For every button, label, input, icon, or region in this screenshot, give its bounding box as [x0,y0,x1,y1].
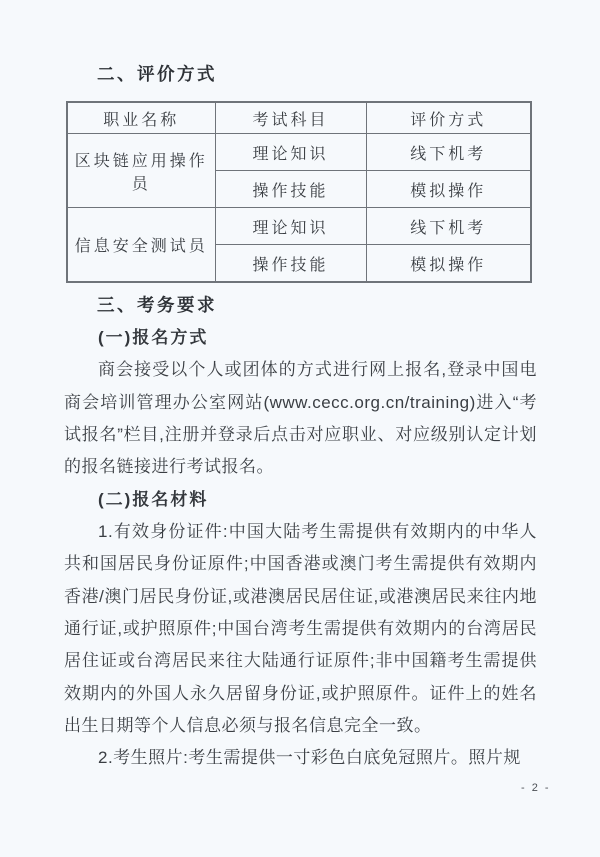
table-header-cell: 评价方式 [366,102,531,134]
exam-subject-cell: 理论知识 [215,208,366,245]
document-page: 二、评价方式 职业名称考试科目评价方式 区块链应用操作员理论知识线下机考操作技能… [0,0,600,857]
evaluation-method-cell: 线下机考 [366,208,531,245]
text-line: 商会接受以个人或团体的方式进行网上报名,登录中国电子 [64,354,537,386]
page-number: - 2 - [521,782,567,794]
text-line: 共和国居民身份证原件;中国香港或澳门考生需提供有效期内的 [64,548,537,580]
evaluation-method-cell: 线下机考 [366,134,531,171]
text-line: 的报名链接进行考试报名。 [64,451,537,483]
evaluation-method-cell: 模拟操作 [366,245,531,283]
exam-subject-cell: 理论知识 [215,134,366,171]
text-line: 2.考生照片:考生需提供一寸彩色白底免冠照片。照片规格: [64,742,537,774]
exam-subject-cell: 操作技能 [215,245,366,283]
occupation-cell: 信息安全测试员 [67,208,215,283]
table-header-cell: 考试科目 [215,102,366,134]
text-line: 通行证,或护照原件;中国台湾考生需提供有效期内的台湾居民 [64,613,537,645]
text-line: 1.有效身份证件:中国大陆考生需提供有效期内的中华人民 [64,516,537,548]
section-heading-evaluation-method: 二、评价方式 [97,61,217,86]
evaluation-table-body: 区块链应用操作员理论知识线下机考操作技能模拟操作信息安全测试员理论知识线下机考操… [67,134,531,283]
exam-subject-cell: 操作技能 [215,171,366,208]
evaluation-method-cell: 模拟操作 [366,171,531,208]
text-line: 出生日期等个人信息必须与报名信息完全一致。 [64,710,537,742]
text-line: 居住证或台湾居民来往大陆通行证原件;非中国籍考生需提供有 [64,645,537,677]
subsection-heading-registration-method: (一)报名方式 [64,322,537,354]
section-heading-exam-requirements: 三、考务要求 [97,292,217,317]
text-line: 效期内的外国人永久居留身份证,或护照原件。证件上的姓名和 [64,678,537,710]
text-line: 试报名”栏目,注册并登录后点击对应职业、对应级别认定计划 [64,419,537,451]
text-line: 香港/澳门居民身份证,或港澳居民居住证,或港澳居民来往内地 [64,581,537,613]
text-line: 商会培训管理办公室网站(www.cecc.org.cn/training)进入“… [64,387,537,419]
table-row: 信息安全测试员理论知识线下机考 [67,208,531,245]
evaluation-method-table: 职业名称考试科目评价方式 区块链应用操作员理论知识线下机考操作技能模拟操作信息安… [66,101,532,283]
table-row: 区块链应用操作员理论知识线下机考 [67,134,531,171]
table-header-cell: 职业名称 [67,102,215,134]
subsection-heading-registration-materials: (二)报名材料 [64,484,537,516]
body-text-block: (一)报名方式商会接受以个人或团体的方式进行网上报名,登录中国电子商会培训管理办… [64,322,537,775]
evaluation-table-head-row: 职业名称考试科目评价方式 [67,102,531,134]
occupation-cell: 区块链应用操作员 [67,134,215,208]
